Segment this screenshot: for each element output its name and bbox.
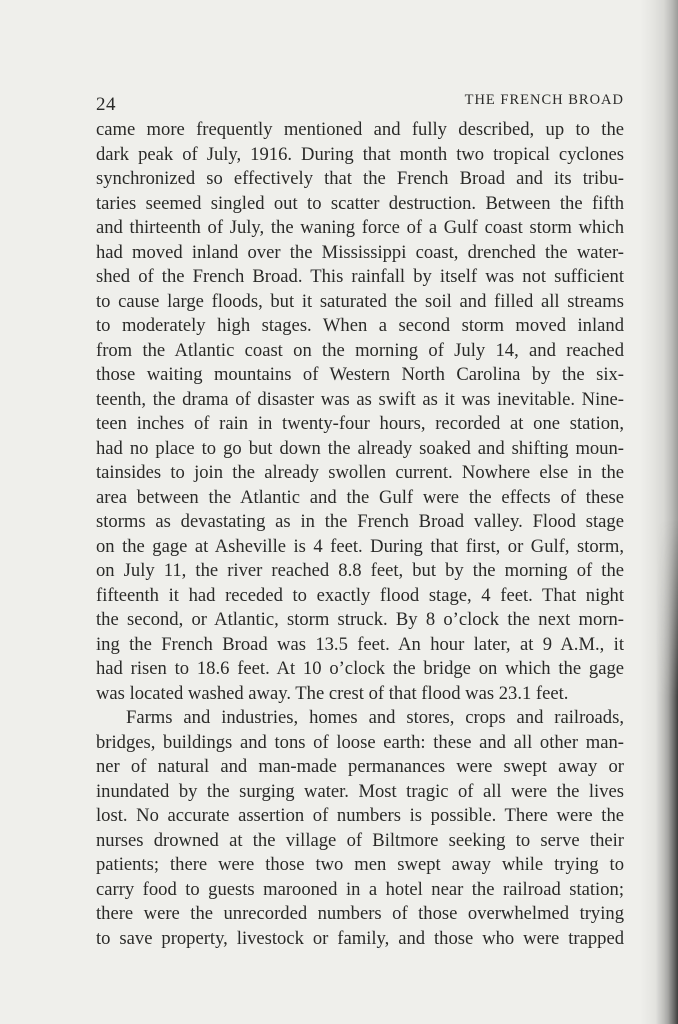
text-line: to cause large floods, but it saturated … [96,290,624,315]
text-line: ing the French Broad was 13.5 feet. An h… [96,633,624,658]
text-line: inundated by the surging water. Most tra… [96,780,624,805]
book-page: 24 THE FRENCH BROAD came more frequently… [0,0,678,1024]
text-line: shed of the French Broad. This rainfall … [96,265,624,290]
text-line: had no place to go but down the already … [96,437,624,462]
text-line: patients; there were those two men swept… [96,853,624,878]
text-line: lost. No accurate assertion of numbers i… [96,804,624,829]
text-line: on July 11, the river reached 8.8 feet, … [96,559,624,584]
text-line: came more frequently mentioned and fully… [96,118,624,143]
text-line: to save property, livestock or family, a… [96,927,624,952]
text-line: had risen to 18.6 feet. At 10 o’clock th… [96,657,624,682]
text-line: taries seemed singled out to scatter des… [96,192,624,217]
paragraph-1: came more frequently mentioned and fully… [96,118,624,706]
page-number: 24 [96,94,116,116]
text-line: carry food to guests marooned in a hotel… [96,878,624,903]
text-line: had moved inland over the Mississippi co… [96,241,624,266]
text-line: tainsides to join the already swollen cu… [96,461,624,486]
text-line: area between the Atlantic and the Gulf w… [96,486,624,511]
text-line: to moderately high stages. When a second… [96,314,624,339]
text-line: was located washed away. The crest of th… [96,682,624,707]
text-line: there were the unrecorded numbers of tho… [96,902,624,927]
text-line: those waiting mountains of Western North… [96,363,624,388]
paragraph-2: Farms and industries, homes and stores, … [96,706,624,951]
text-line: teenth, the drama of disaster was as swi… [96,388,624,413]
text-line: storms as devastating as in the French B… [96,510,624,535]
text-line: nurses drowned at the village of Biltmor… [96,829,624,854]
text-line: and thirteenth of July, the waning force… [96,216,624,241]
book-title: THE FRENCH BROAD [465,92,624,109]
text-line: ner of natural and man-made permanances … [96,755,624,780]
text-line: synchronized so effectively that the Fre… [96,167,624,192]
page-edge-shadow [656,520,678,1024]
text-line: Farms and industries, homes and stores, … [96,706,624,731]
text-line: fifteenth it had receded to exactly floo… [96,584,624,609]
body-text: came more frequently mentioned and fully… [96,118,624,951]
text-line: the second, or Atlantic, storm struck. B… [96,608,624,633]
text-line: bridges, buildings and tons of loose ear… [96,731,624,756]
text-line: teen inches of rain in twenty-four hours… [96,412,624,437]
running-head: 24 THE FRENCH BROAD [96,92,624,116]
text-line: on the gage at Asheville is 4 feet. Duri… [96,535,624,560]
text-line: dark peak of July, 1916. During that mon… [96,143,624,168]
text-line: from the Atlantic coast on the morning o… [96,339,624,364]
